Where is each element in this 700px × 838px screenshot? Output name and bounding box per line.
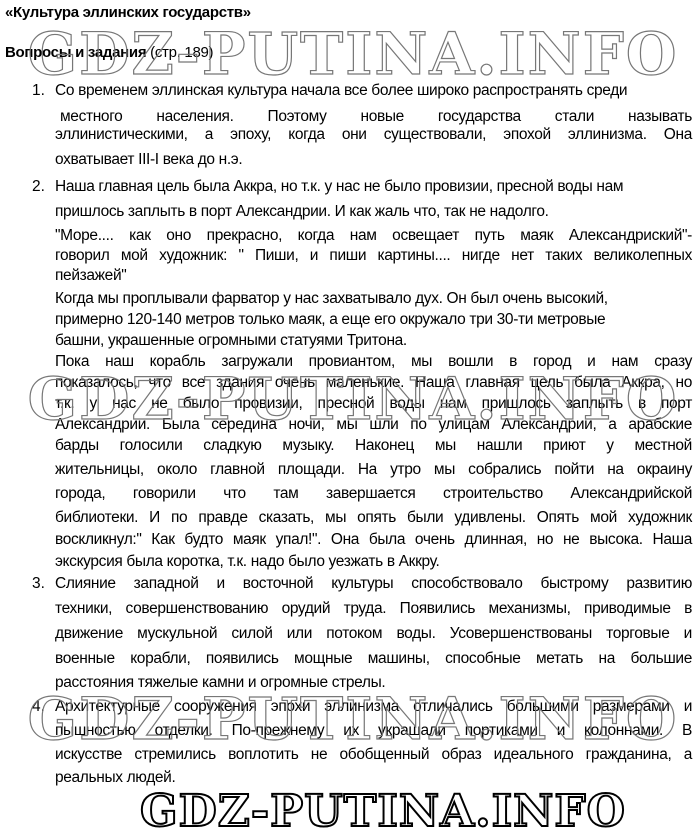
item-line: жительницы, около главной площади. На ут…	[55, 460, 692, 480]
item-line: реальных людей.	[55, 768, 692, 788]
document-title: «Культура эллинских государств»	[5, 4, 251, 21]
item-line: экскурсия была коротка, т.к. надо было у…	[55, 552, 692, 572]
item-line: т.к. у нас не было провизии, пресной вод…	[55, 394, 692, 414]
item-line: башни, украшенные огромными статуями Три…	[55, 331, 692, 351]
item-line: "Море.... как оно прекрасно, когда нам о…	[55, 226, 692, 246]
item-line: примерно 120-140 метров только маяк, а е…	[55, 310, 692, 330]
item-number: 1.	[32, 81, 45, 101]
subtitle-label: Вопросы и задания	[5, 44, 146, 61]
watermark-lower: GDZ-PUTINA.INFO	[8, 685, 698, 753]
item-line: движение мускульной силой или потоком во…	[55, 624, 692, 644]
document-subtitle: Вопросы и задания (стр. 189)	[5, 44, 213, 61]
item-line: пышностью отделки. По-прежнему их украша…	[55, 721, 692, 741]
item-line: местного населения. Поэтому новые госуда…	[60, 107, 692, 127]
item-line: Наша главная цель была Аккра, но т.к. у …	[55, 177, 692, 197]
item-line: показалось, что все здания очень маленьк…	[55, 373, 692, 393]
item-line: говорил мой художник: " Пиши, и пиши кар…	[55, 246, 692, 266]
watermark-bottom: GDZ-PUTINA.INFO	[140, 786, 626, 837]
item-line: расстояния тяжелые камни и огромные стре…	[55, 673, 692, 693]
item-number: 2.	[32, 177, 45, 197]
item-line: Когда мы проплывали фарватор у нас захва…	[55, 289, 692, 309]
item-line: Александрии. Была середина ночи, мы шли …	[55, 415, 692, 435]
item-line: Архитектурные сооружения эпохи эллинизма…	[55, 697, 692, 717]
item-line: барды голосили сладкую музыку. Наконец м…	[55, 436, 692, 456]
item-number: 4.	[32, 697, 45, 717]
item-line: Пока наш корабль загружали провиантом, м…	[55, 352, 692, 372]
item-line: библиотеки. И по правде сказать, мы опят…	[55, 508, 692, 528]
item-line: пришлось заплыть в порт Александрии. И к…	[55, 202, 692, 222]
item-line: пейзажей"	[55, 266, 692, 286]
subtitle-page-ref: (стр. 189)	[146, 44, 213, 61]
item-number: 3.	[32, 574, 45, 594]
item-line: охватывает III-I века до н.э.	[55, 150, 692, 170]
document-page: «Культура эллинских государств» Вопросы …	[0, 0, 700, 838]
item-line: техники, совершенствованию орудий труда.…	[55, 599, 692, 619]
item-line: Со временем эллинская культура начала вс…	[55, 81, 692, 101]
item-line: Слияние западной и восточной культуры сп…	[55, 574, 692, 594]
item-line: города, говорили что там завершается стр…	[55, 484, 692, 504]
item-line: искусстве стремились воплотить не обобще…	[55, 745, 692, 765]
item-line: эллинистическими, а эпоху, когда они сущ…	[55, 125, 692, 145]
item-line: воскликнул:" Как будто маяк упал!". Она …	[55, 530, 692, 550]
item-line: военные корабли, появились мощные машины…	[55, 649, 692, 669]
